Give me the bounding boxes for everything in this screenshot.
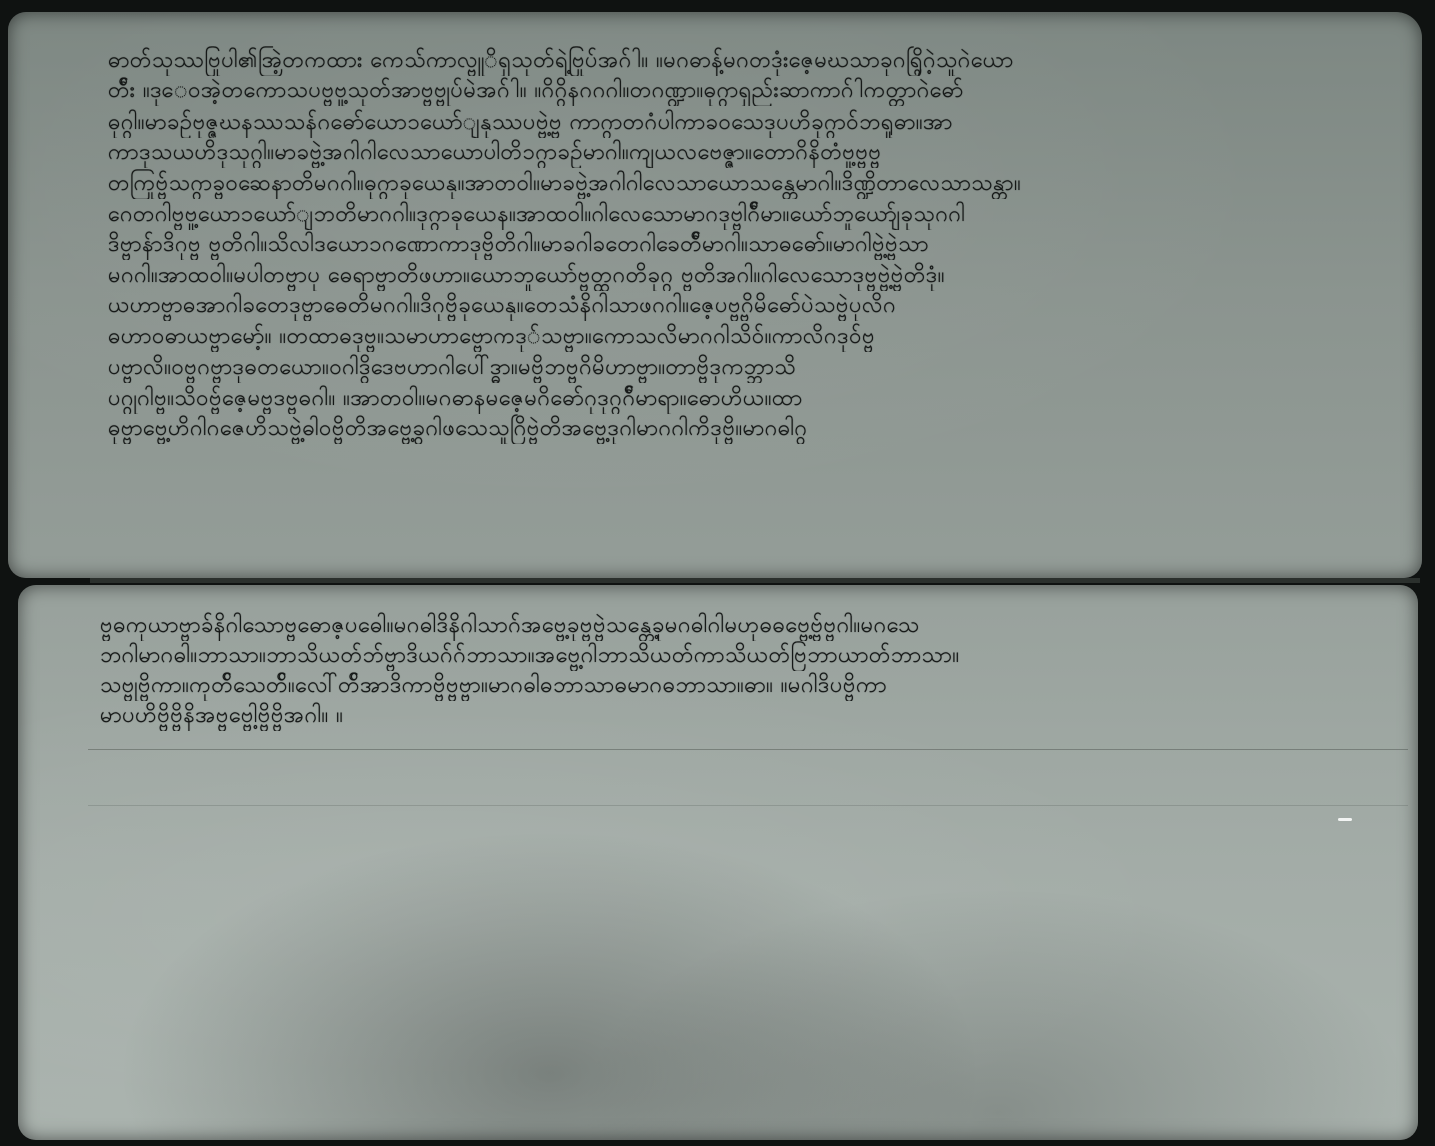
faint-ruled-line [88, 749, 1408, 750]
manuscript-bottom-leaf: ဗ္ဗဓကုယာဗ္ဗာခ်နိဂါသောဗ္ဗဓောဇ့ပဓေါ။မဂဓါဒိ… [18, 585, 1418, 1140]
manuscript-line: သဗ္ဗုဗ္ဗိကာ။ကုတ်ိသေတ်ိ။လေါ်တ်ိအာဒိကာဗ္ဗိ… [100, 671, 1390, 701]
manuscript-line: တ်ီး ။ဒုေဝအဲ့တကောသပဗ္ဗဗူ့သုတ်အာဗ္ဗဗ္ဗုပ်… [108, 76, 1398, 106]
manuscript-line: ဓဟာ၀ဓာယဗ္ဗာမော့်။ ။တထာဓဒုဗ္ဗ။သမာဟာဗ္ဗောက… [108, 322, 1398, 352]
manuscript-line: ပဂ္ဂုဂါဗ္ဗ။သိဝဗ္ဗ်ဇေ့မဗ္ဗဒဗ္ဗဓဂါ။ ။အာတဝါ… [108, 384, 1398, 414]
faint-ruled-line [88, 805, 1408, 806]
manuscript-line: ယဟာဗ္ဗာဓအာဂါခတေဒုဗ္ဗာဓေတိမဂဂါ။ဒိဂုဗ္ဗိခု… [108, 291, 1398, 321]
manuscript-line: တကြုဗ္ဗ်သဂ္ဂာခ္ဗ၀ဆေနာတိမဂဂါ။ဓုဂ္ဂာခုယေနု… [108, 169, 1398, 199]
manuscript-line: ကာဒုသယဟိဒုသုဂ္ဂါ။မာခဗ္ဗဲ့အဂါဂါလေသာယောပါတ… [108, 138, 1398, 168]
manuscript-line: မဂဂါ။အာထဝါ။မပါတဗ္ဗာပု ဓေရာဗ္ဗာတိဖဟာ။ယောဘ… [108, 261, 1398, 291]
manuscript-line: မာပဟိဗ္ဗိဗ္ဗိနိအဗ္ဗဗ္ဗေါ့ဗ္ဗိဗ္ဗိအဂါ။ ။ [100, 701, 740, 731]
manuscript-line: ဘဂါမာဂဓါ။ဘာသာ။ဘာသိယတ်ဘ်ဗ္ဗာဒိယဂ်ဂ်ဘာသာ။အ… [100, 641, 1390, 671]
manuscript-line: ဗ္ဗဓကုယာဗ္ဗာခ်နိဂါသောဗ္ဗဓောဇ့ပဓေါ။မဂဓါဒိ… [100, 611, 1390, 641]
manuscript-line: ဓုဗ္ဗာဗ္ဗေ့ဟိဂါဂဇေဟိသဗ္ဗဲ့ဓါဝဗ္ဗိတိအဗ္ဗေ… [108, 414, 1398, 444]
manuscript-line: ဓာတ်သုဿဗြုပါ၏အြဲ့တကထား ကေသ်ကာလ္ဗူိရှသုတ်… [108, 46, 1398, 76]
manuscript-line: ဒိဗ္ဗာန်ာဒိဂုဗ္ဗ ဗ္ဗတိဂါ။သိလါဒယော၁ဂဏောကာ… [108, 230, 1398, 260]
paper-speck [1338, 818, 1352, 821]
manuscript-line: ပဗ္ဗာလိ။ဝဗ္ဗဂဗ္ဗာဒုဓတယော။ဝဂါဒွိဒေဗဟာဂါပေ… [108, 353, 1398, 383]
manuscript-top-leaf: ဓာတ်သုဿဗြုပါ၏အြဲ့တကထား ကေသ်ကာလ္ဗူိရှသုတ်… [8, 12, 1422, 578]
manuscript-line: ဂေတဂါဗ္ဗဗူ့ယော၁ယော်ျဘတိမာဂဂါ။ဒုဂ္ဂာခုယေန… [108, 200, 1398, 230]
manuscript-line: ဓုဂ္ဂါ။မာခဉ်ဗုဇ္ဇဃနဿသန်ဂဓော်ယော၁ယော်ျနုဿ… [108, 108, 1398, 138]
leaf-fold-shadow [90, 578, 1420, 583]
